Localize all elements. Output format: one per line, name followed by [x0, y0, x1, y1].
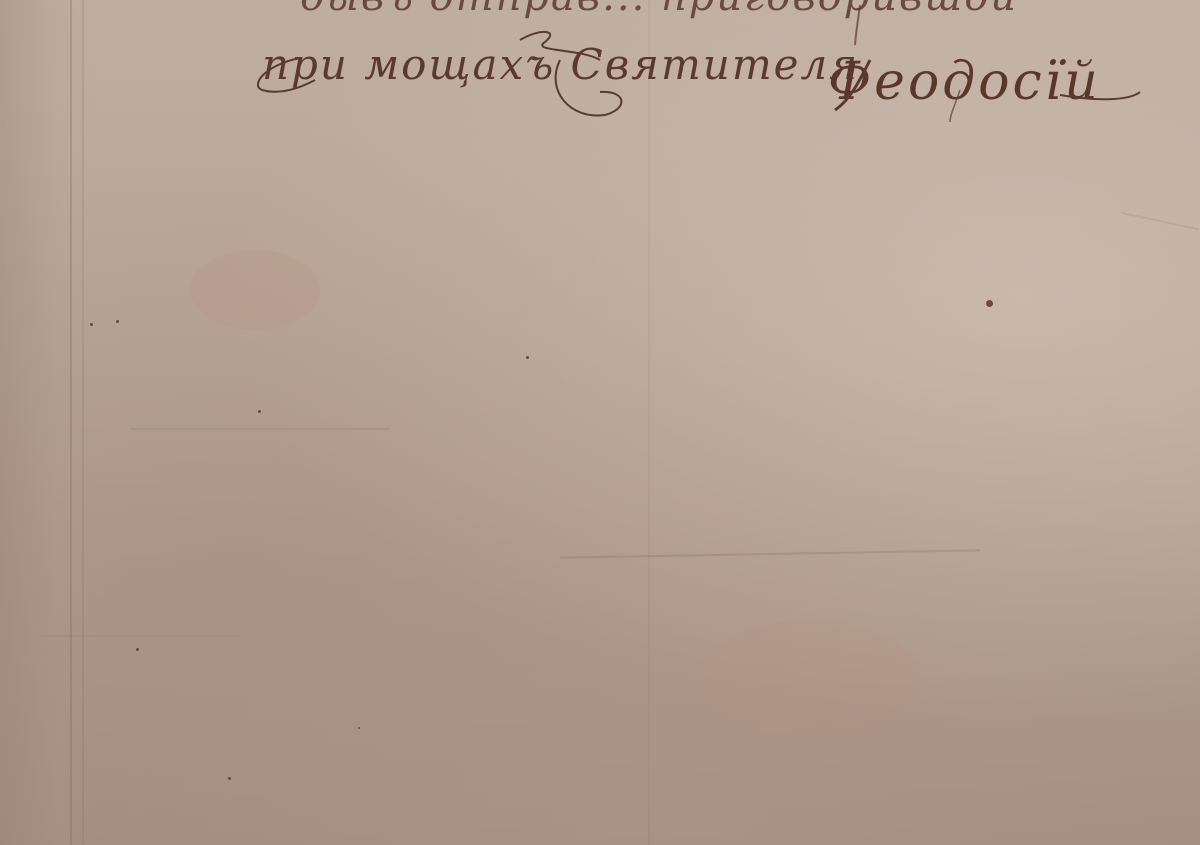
ink-speck — [90, 323, 93, 326]
paper-crease — [130, 428, 390, 430]
handwritten-line-2: при мощахъ Святителя — [262, 40, 859, 89]
signature: Феодосїй — [828, 52, 1101, 112]
fold-line — [648, 0, 650, 845]
ink-speck — [986, 300, 993, 307]
ink-speck — [136, 648, 139, 651]
paper-crease — [560, 549, 980, 558]
ink-speck — [358, 727, 360, 729]
fold-line — [82, 0, 84, 845]
paper-stain — [700, 620, 920, 740]
ink-speck — [116, 320, 119, 323]
ink-speck — [258, 410, 261, 413]
fold-line — [70, 0, 72, 845]
manuscript-page: бывъ отправ... приговорившой при мощахъ … — [0, 0, 1200, 845]
paper-crease — [1121, 212, 1200, 231]
handwritten-line-1: бывъ отправ... приговорившой — [300, 0, 1018, 20]
paper-stain — [190, 250, 320, 330]
ink-speck — [228, 777, 231, 780]
paper-edge-band — [0, 0, 95, 845]
paper-crease — [40, 635, 240, 637]
ink-speck — [526, 356, 529, 359]
